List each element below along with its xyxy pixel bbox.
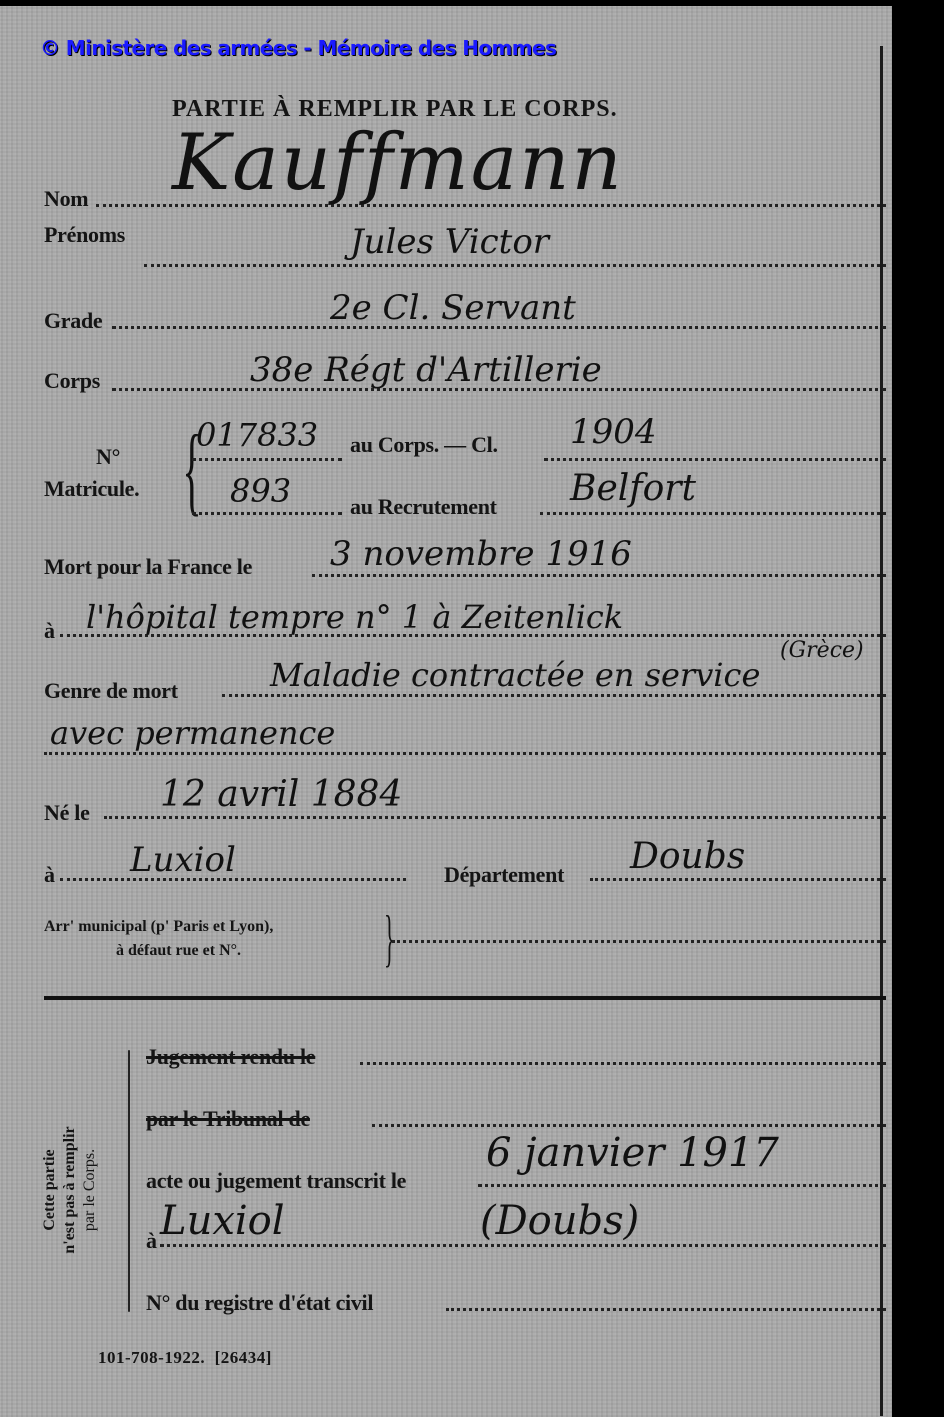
label-ne-le: Né le bbox=[44, 800, 90, 826]
value-genre-mort-1: Maladie contractée en service bbox=[270, 656, 760, 694]
value-lieu-transcription: Luxiol bbox=[160, 1198, 285, 1244]
lieu-transcription-line bbox=[160, 1244, 886, 1247]
label-genre-mort: Genre de mort bbox=[44, 678, 178, 704]
departement-line bbox=[590, 878, 886, 881]
label-a-naissance: à bbox=[44, 862, 55, 888]
print-reference: 101-708-1922. [26434] bbox=[98, 1348, 272, 1368]
prenoms-line bbox=[144, 264, 886, 267]
civil-section-brace bbox=[128, 1050, 130, 1312]
value-departement: Doubs bbox=[630, 836, 745, 877]
value-date-naissance: 12 avril 1884 bbox=[160, 774, 402, 815]
arr-brace: } bbox=[384, 906, 395, 970]
label-acte-transcrit: acte ou jugement transcrit le bbox=[146, 1168, 406, 1194]
label-matricule-no: N° bbox=[96, 444, 120, 470]
label-a-defaut: à défaut rue et N°. bbox=[116, 942, 241, 960]
value-matricule-corps: 017833 bbox=[196, 416, 318, 454]
label-par-tribunal: par le Tribunal de bbox=[146, 1106, 310, 1132]
value-recrutement: Belfort bbox=[570, 468, 696, 509]
copyright-watermark: © Ministère des armées - Mémoire des Hom… bbox=[40, 36, 556, 60]
value-date-transcription: 6 janvier 1917 bbox=[486, 1130, 779, 1176]
value-date-deces: 3 novembre 1916 bbox=[330, 534, 632, 574]
label-grade: Grade bbox=[44, 308, 102, 334]
jugement-line bbox=[360, 1062, 886, 1065]
label-departement: Département bbox=[444, 862, 564, 888]
document-card bbox=[0, 6, 892, 1417]
label-matricule: Matricule. bbox=[44, 476, 139, 502]
label-a-transcription: à bbox=[146, 1228, 157, 1254]
value-grade: 2e Cl. Servant bbox=[330, 288, 576, 328]
section-divider bbox=[44, 996, 886, 1000]
arr-municipal-line bbox=[392, 940, 886, 943]
side-note-line-1: Cette partie bbox=[40, 1090, 60, 1290]
card-edge bbox=[880, 46, 883, 1416]
value-lieu-transcription-dept: (Doubs) bbox=[480, 1198, 639, 1244]
civil-side-note: Cette partie n'est pas à remplir par le … bbox=[40, 1090, 100, 1290]
value-prenoms: Jules Victor bbox=[350, 222, 549, 262]
value-matricule-recrutement: 893 bbox=[230, 472, 291, 510]
date-deces-line bbox=[312, 574, 886, 577]
label-mort-le: Mort pour la France le bbox=[44, 554, 252, 580]
value-corps: 38e Régt d'Artillerie bbox=[250, 350, 602, 390]
tribunal-line bbox=[372, 1124, 886, 1127]
genre-mort-line bbox=[222, 694, 886, 697]
date-naissance-line bbox=[104, 816, 886, 819]
label-au-corps: au Corps. — Cl. bbox=[350, 432, 498, 458]
label-prenoms: Prénoms bbox=[44, 222, 125, 248]
label-corps: Corps bbox=[44, 368, 100, 394]
label-au-recrutement: au Recrutement bbox=[350, 494, 497, 520]
value-classe: 1904 bbox=[570, 412, 657, 452]
label-arr-municipal: Arr' municipal (p' Paris et Lyon), bbox=[44, 918, 273, 936]
value-genre-mort-2: avec permanence bbox=[50, 714, 335, 752]
matricule-recrutement-line bbox=[192, 512, 342, 515]
side-note-line-2: n'est pas à remplir bbox=[60, 1090, 80, 1290]
value-nom: Kauffmann bbox=[172, 118, 624, 208]
date-transcription-line bbox=[478, 1184, 886, 1187]
registre-line bbox=[446, 1308, 886, 1311]
label-registre: N° du registre d'état civil bbox=[146, 1290, 373, 1316]
value-lieu-naissance: Luxiol bbox=[130, 840, 236, 880]
label-a-deces: à bbox=[44, 618, 55, 644]
classe-line bbox=[544, 458, 886, 461]
side-note-line-3: par le Corps. bbox=[80, 1090, 100, 1290]
matricule-corps-line bbox=[192, 458, 342, 461]
label-nom: Nom bbox=[44, 186, 88, 212]
label-jugement-rendu: Jugement rendu le bbox=[146, 1044, 315, 1070]
genre-mort-line-2 bbox=[44, 752, 886, 755]
value-lieu-deces-note: (Grèce) bbox=[780, 638, 864, 663]
recrutement-line bbox=[540, 512, 886, 515]
value-lieu-deces: l'hôpital tempre n° 1 à Zeitenlick bbox=[86, 598, 623, 636]
